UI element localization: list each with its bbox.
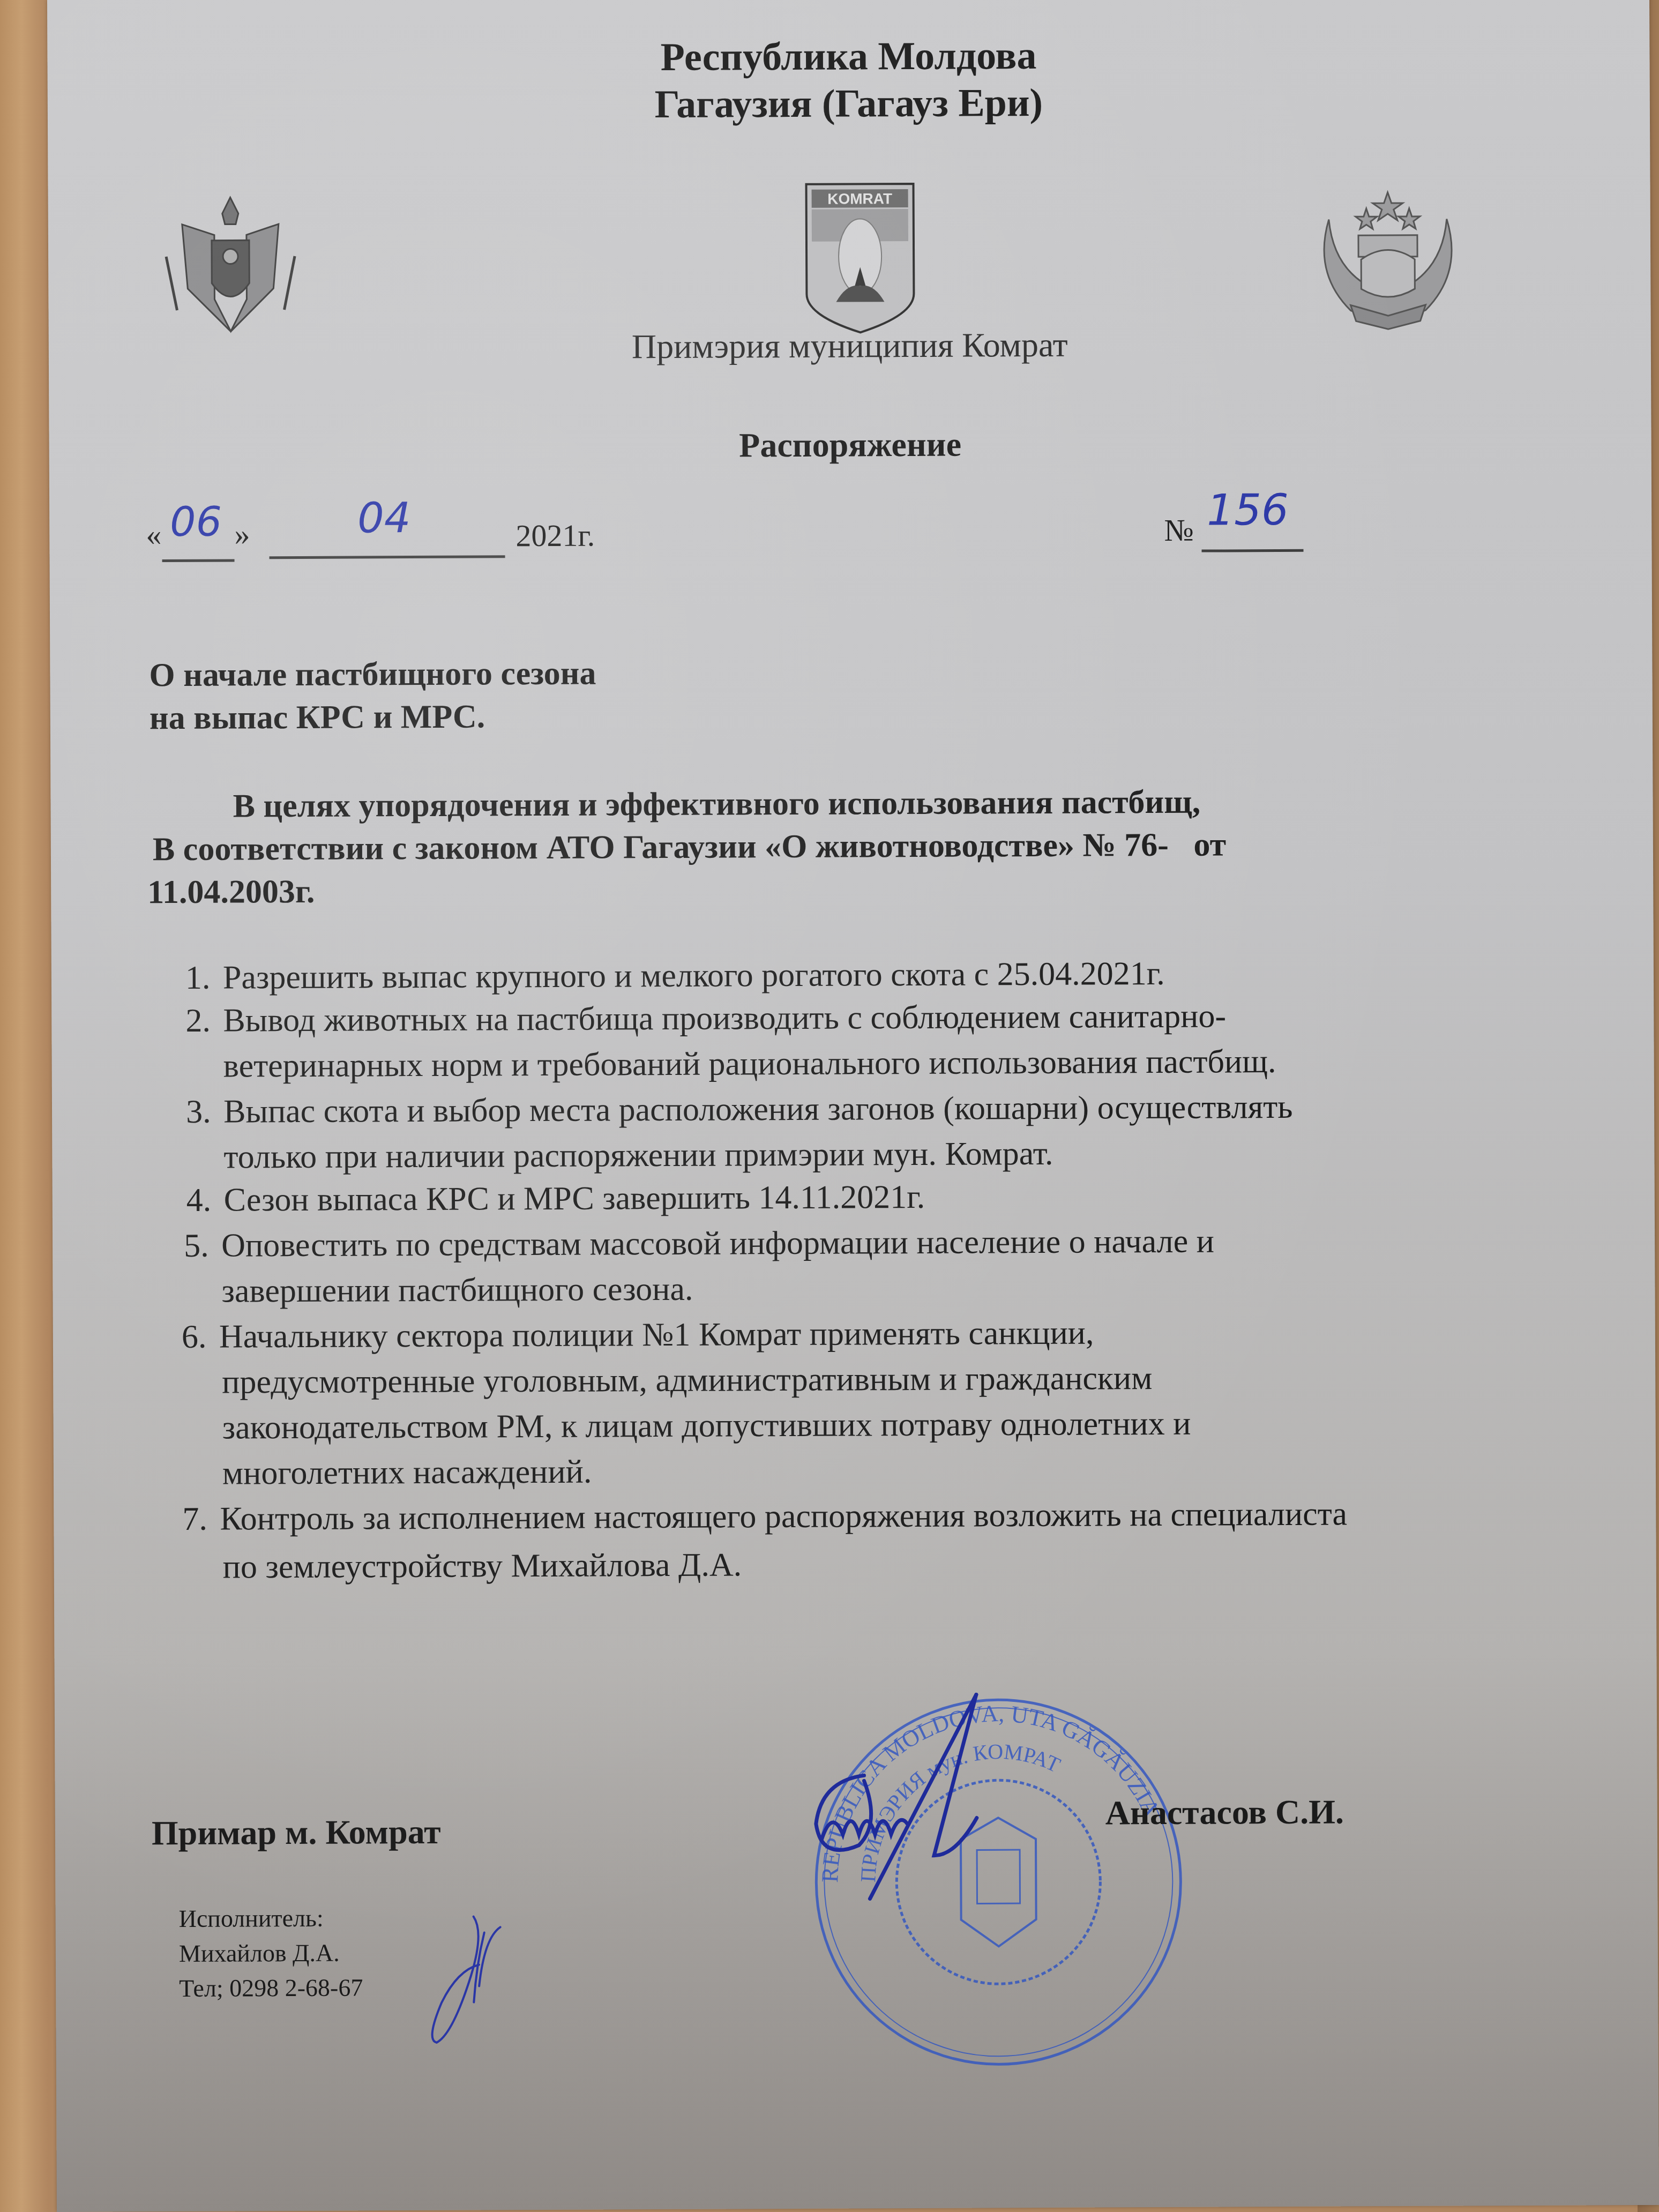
executor-signature [420,1911,517,2051]
subject-line-1: О начале пастбищного сезона [149,657,596,692]
list-item-5-cont: завершении пастбищного сезона. [221,1273,693,1308]
preamble-line-3: 11.04.2003г. [147,875,315,909]
order-number-prefix: № [1164,512,1194,548]
date-month-underline [270,555,505,559]
comrat-coat-of-arms-icon: KOMRAT [803,181,916,334]
order-number-underline [1201,549,1303,552]
list-item-3-cont: только при наличии распоряжении примэрии… [223,1137,1053,1174]
header-region: Гагаузия (Гагауз Ери) [48,78,1650,130]
header-country: Республика Молдова [47,31,1649,83]
signatory-name: Анастасов С.И. [1105,1792,1344,1833]
gagauzia-coat-of-arms-icon [1307,186,1469,332]
list-item-3: 3.Выпас скота и выбор места расположения… [186,1090,1293,1129]
date-year: 2021г. [515,518,595,554]
list-item-2-cont: ветеринарных норм и требований рациональ… [223,1045,1276,1083]
order-number-handwritten: 156 [1207,485,1289,535]
list-item-6-cont-3: многолетних насаждений. [222,1455,592,1490]
list-item-7: 7.Контроль за исполнением настоящего рас… [182,1497,1347,1535]
executor-name: Михайлов Д.А. [179,1939,340,1968]
executor-phone: Тел; 0298 2-68-67 [179,1973,363,2002]
list-item-1: 1.Разрешить выпас крупного и мелкого рог… [185,957,1165,995]
list-item-6-cont-1: предусмотренные уголовным, административ… [222,1362,1152,1399]
svg-text:KOMRAT: KOMRAT [827,190,892,207]
signatory-position: Примар м. Комрат [152,1812,441,1853]
list-item-2: 2.Вывод животных на пастбища производить… [185,999,1226,1037]
date-day-underline [162,559,235,562]
date-day-handwritten: 06 [170,498,222,545]
date-month-handwritten: 04 [357,494,411,542]
list-item-6: 6.Начальнику сектора полиции №1 Комрат п… [182,1317,1094,1354]
list-item-5: 5.Оповестить по средствам массовой инфор… [184,1225,1214,1262]
preamble-line-1: В целях упорядочения и эффективного испо… [233,786,1200,823]
institution-name: Примэрия муниципия Комрат [49,323,1651,369]
date-open-quote: « [146,517,161,552]
list-item-7-cont: по землеустройству Михайлова Д.А. [223,1548,742,1583]
preamble-line-2: В соответствии с законом АТО Гагаузии «О… [153,828,1226,866]
document-type-title: Распоряжение [49,422,1651,468]
date-close-quote: » [234,516,250,552]
subject-line-2: на выпас КРС и МРС. [150,700,485,735]
mayor-signature [799,1683,1101,1909]
list-item-6-cont-2: законодательством РМ, к лицам допустивши… [222,1407,1191,1445]
moldova-coat-of-arms-icon [161,192,301,337]
document-page: Республика Молдова Гагаузия (Гагауз Ери)… [47,0,1659,2212]
executor-label: Исполнитель: [179,1904,324,1933]
list-item-4: 4.Сезон выпаса КРС и МРС завершить 14.11… [186,1180,925,1217]
